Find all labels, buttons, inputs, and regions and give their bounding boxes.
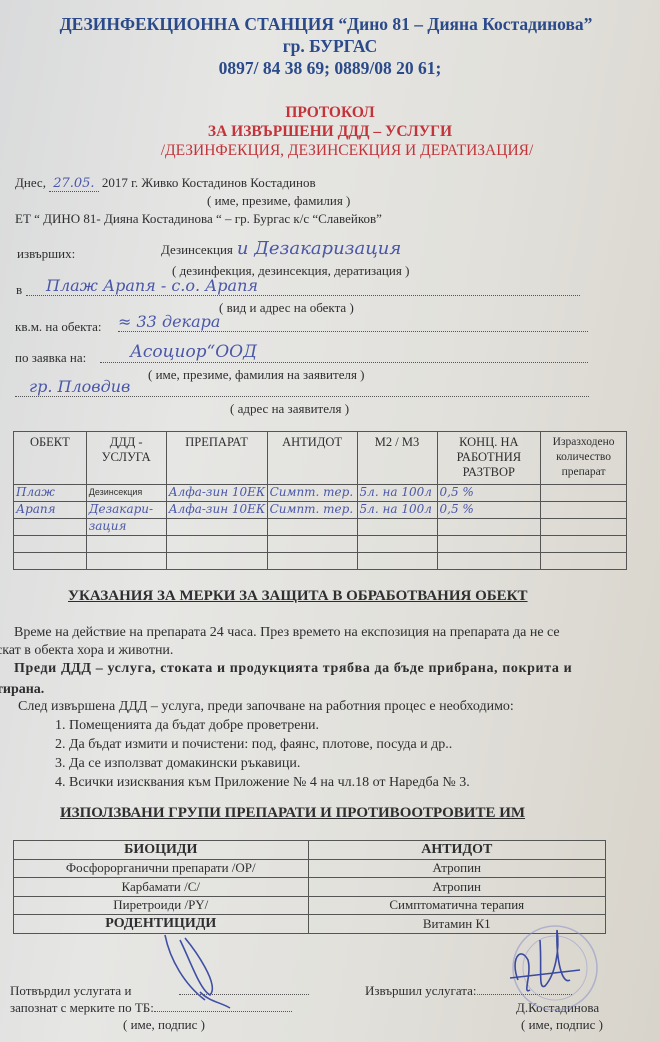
- cell-service[interactable]: Дезакари-: [86, 502, 166, 519]
- performer-label: Извършил услугата:: [365, 983, 477, 998]
- col-area: М2 / М3: [357, 432, 437, 485]
- company-city: гр. БУРГАС: [0, 36, 660, 57]
- name-caption: ( име, презиме, фамилия ): [207, 193, 350, 209]
- cell-service[interactable]: Дезинсекция: [86, 485, 166, 502]
- today-label: Днес,: [15, 175, 46, 190]
- date-field[interactable]: 27.05.: [49, 176, 98, 192]
- cell-quantity[interactable]: [541, 485, 627, 502]
- area-label: кв.м. на обекта:: [15, 319, 102, 335]
- client-name-field[interactable]: [154, 1011, 292, 1012]
- performed-label: извърших:: [17, 246, 75, 262]
- site-field[interactable]: Плаж Арапя - с.о. Арапя: [26, 276, 580, 296]
- cell-area[interactable]: 5л. на 100л: [357, 485, 437, 502]
- biocide-antidote: Симптоматична терапия: [308, 896, 605, 915]
- cell-preparation[interactable]: Алфа-зин 10ЕК: [166, 502, 267, 519]
- biocide-group: Карбамати /С/: [14, 878, 309, 897]
- cell-quantity[interactable]: [541, 553, 627, 570]
- biocides-heading: ИЗПОЛЗВАНИ ГРУПИ ПРЕПАРАТИ И ПРОТИВООТРО…: [60, 805, 525, 822]
- performed-field[interactable]: Дезинсекция и Дезакаризация: [161, 238, 401, 259]
- instructions-heading: УКАЗАНИЯ ЗА МЕРКИ ЗА ЗАЩИТА В ОБРАБОТВАН…: [68, 588, 528, 605]
- cell-object[interactable]: [14, 519, 87, 536]
- col-quantity: Изразходено количество препарат: [541, 432, 627, 485]
- cell-area[interactable]: [357, 536, 437, 553]
- col-preparation: ПРЕПАРАТ: [166, 432, 267, 485]
- cell-antidote[interactable]: [267, 519, 357, 536]
- company-phones: 0897/ 84 38 69; 0889/08 20 61;: [0, 58, 660, 79]
- performed-handwritten: и Дезакаризация: [237, 238, 401, 259]
- protocol-subtitle: ЗА ИЗВЪРШЕНИ ДДД – УСЛУГИ: [0, 123, 660, 141]
- table-row: Плаж Дезинсекция Алфа-зин 10ЕК Симпт. те…: [14, 485, 627, 502]
- requester-field[interactable]: Асоциор“ООД: [100, 342, 588, 363]
- cell-service[interactable]: [86, 553, 166, 570]
- instructions-para2-line2: тирана.: [0, 682, 44, 698]
- cell-quantity[interactable]: [541, 519, 627, 536]
- cell-quantity[interactable]: [541, 536, 627, 553]
- col-antidote: АНТИДОТ: [267, 432, 357, 485]
- requester-address-field[interactable]: гр. Пловдив: [15, 377, 589, 397]
- biocide-group: Фосфорорганични препарати /OP/: [14, 859, 309, 878]
- col-biocides: БИОЦИДИ: [14, 841, 309, 860]
- request-label: по заявка на:: [15, 350, 86, 366]
- cell-antidote[interactable]: [267, 553, 357, 570]
- requester-address-handwritten: гр. Пловдив: [15, 377, 130, 396]
- date-line: Днес, 27.05. 2017 г. Живко Костадинов Ко…: [15, 175, 316, 191]
- protocol-title: ПРОТОКОЛ: [0, 104, 660, 122]
- cell-concentration[interactable]: [437, 553, 541, 570]
- stamp-icon: [500, 920, 650, 1020]
- year-and-name: 2017 г. Живко Костадинов Костадинов: [102, 175, 316, 190]
- client-confirm-label: Потвърдил услугата и: [10, 983, 131, 998]
- table-row: [14, 536, 627, 553]
- table-row: Карбамати /С/ Атропин: [14, 878, 606, 897]
- list-item: 3. Да се използват домакински ръкавици.: [55, 754, 470, 773]
- table-row: [14, 553, 627, 570]
- list-item: 2. Да бъдат измити и почистени: под, фая…: [55, 735, 470, 754]
- address-caption: ( адрес на заявителя ): [230, 401, 349, 417]
- col-service: ДДД - УСЛУГА: [86, 432, 166, 485]
- list-item: 4. Всички изисквания към Приложение № 4 …: [55, 773, 470, 792]
- cell-antidote[interactable]: Симпт. тер.: [267, 485, 357, 502]
- site-handwritten: Плаж Арапя - с.о. Арапя: [26, 276, 258, 295]
- instructions-para1-line1: Време на действие на препарата 24 часа. …: [14, 625, 560, 641]
- cell-concentration[interactable]: [437, 536, 541, 553]
- biocide-antidote: Атропин: [308, 878, 605, 897]
- cell-preparation[interactable]: [166, 519, 267, 536]
- cell-area[interactable]: [357, 553, 437, 570]
- table-row: зация: [14, 519, 627, 536]
- biocide-group: Пиретроиди /PY/: [14, 896, 309, 915]
- cell-preparation[interactable]: Алфа-зин 10ЕК: [166, 485, 267, 502]
- cell-object[interactable]: Арапя: [14, 502, 87, 519]
- instructions-para2-line1: Преди ДДД – услуга, стоката и продукцият…: [14, 661, 572, 677]
- cell-concentration[interactable]: 0,5 %: [437, 502, 541, 519]
- cell-object[interactable]: [14, 553, 87, 570]
- performed-printed: Дезинсекция: [161, 242, 233, 257]
- in-label: в: [16, 282, 22, 298]
- requester-handwritten: Асоциор“ООД: [100, 342, 257, 362]
- cell-area[interactable]: 5л. на 100л: [357, 502, 437, 519]
- col-antidote: АНТИДОТ: [308, 841, 605, 860]
- protocol-services: /ДЕЗИНФЕКЦИЯ, ДЕЗИНСЕКЦИЯ И ДЕРАТИЗАЦИЯ/: [34, 142, 660, 160]
- instructions-para3: След извършена ДДД – услуга, преди започ…: [18, 699, 514, 715]
- cell-preparation[interactable]: [166, 553, 267, 570]
- instructions-para1-line2: скат в обекта хора и животни.: [0, 643, 173, 659]
- client-signature-icon: [150, 930, 240, 1010]
- cell-antidote[interactable]: [267, 536, 357, 553]
- cell-concentration[interactable]: 0,5 %: [437, 485, 541, 502]
- area-handwritten: ≈ 33 декара: [118, 312, 220, 331]
- col-concentration: КОНЦ. НА РАБОТНИЯ РАЗТВОР: [437, 432, 541, 485]
- cell-service[interactable]: зация: [86, 519, 166, 536]
- list-item: 1. Помещенията да бъдат добре проветрени…: [55, 716, 470, 735]
- cell-antidote[interactable]: Симпт. тер.: [267, 502, 357, 519]
- cell-quantity[interactable]: [541, 502, 627, 519]
- table-row: Арапя Дезакари- Алфа-зин 10ЕК Симпт. тер…: [14, 502, 627, 519]
- table-row: Пиретроиди /PY/ Симптоматична терапия: [14, 896, 606, 915]
- cell-service[interactable]: [86, 536, 166, 553]
- col-object: ОБЕКТ: [14, 432, 87, 485]
- cell-concentration[interactable]: [437, 519, 541, 536]
- cell-object[interactable]: Плаж: [14, 485, 87, 502]
- biocide-antidote: Атропин: [308, 859, 605, 878]
- client-safety-label: запознат с мерките по ТБ:: [10, 1000, 154, 1015]
- service-table-header: ОБЕКТ ДДД - УСЛУГА ПРЕПАРАТ АНТИДОТ М2 /…: [14, 432, 627, 485]
- biocides-header: БИОЦИДИ АНТИДОТ: [14, 841, 606, 860]
- company-line: ЕТ “ ДИНО 81- Дияна Костадинова “ – гр. …: [15, 211, 382, 227]
- cell-preparation[interactable]: [166, 536, 267, 553]
- service-table: ОБЕКТ ДДД - УСЛУГА ПРЕПАРАТ АНТИДОТ М2 /…: [13, 431, 627, 570]
- company-name: ДЕЗИНФЕКЦИОННА СТАНЦИЯ “Дино 81 – Дияна …: [0, 14, 660, 35]
- cell-area[interactable]: [357, 519, 437, 536]
- area-field[interactable]: ≈ 33 декара: [118, 312, 588, 332]
- table-row: Фосфорорганични препарати /OP/ Атропин: [14, 859, 606, 878]
- client-caption: ( име, подпис ): [123, 1017, 205, 1033]
- instructions-list: 1. Помещенията да бъдат добре проветрени…: [55, 716, 470, 792]
- cell-object[interactable]: [14, 536, 87, 553]
